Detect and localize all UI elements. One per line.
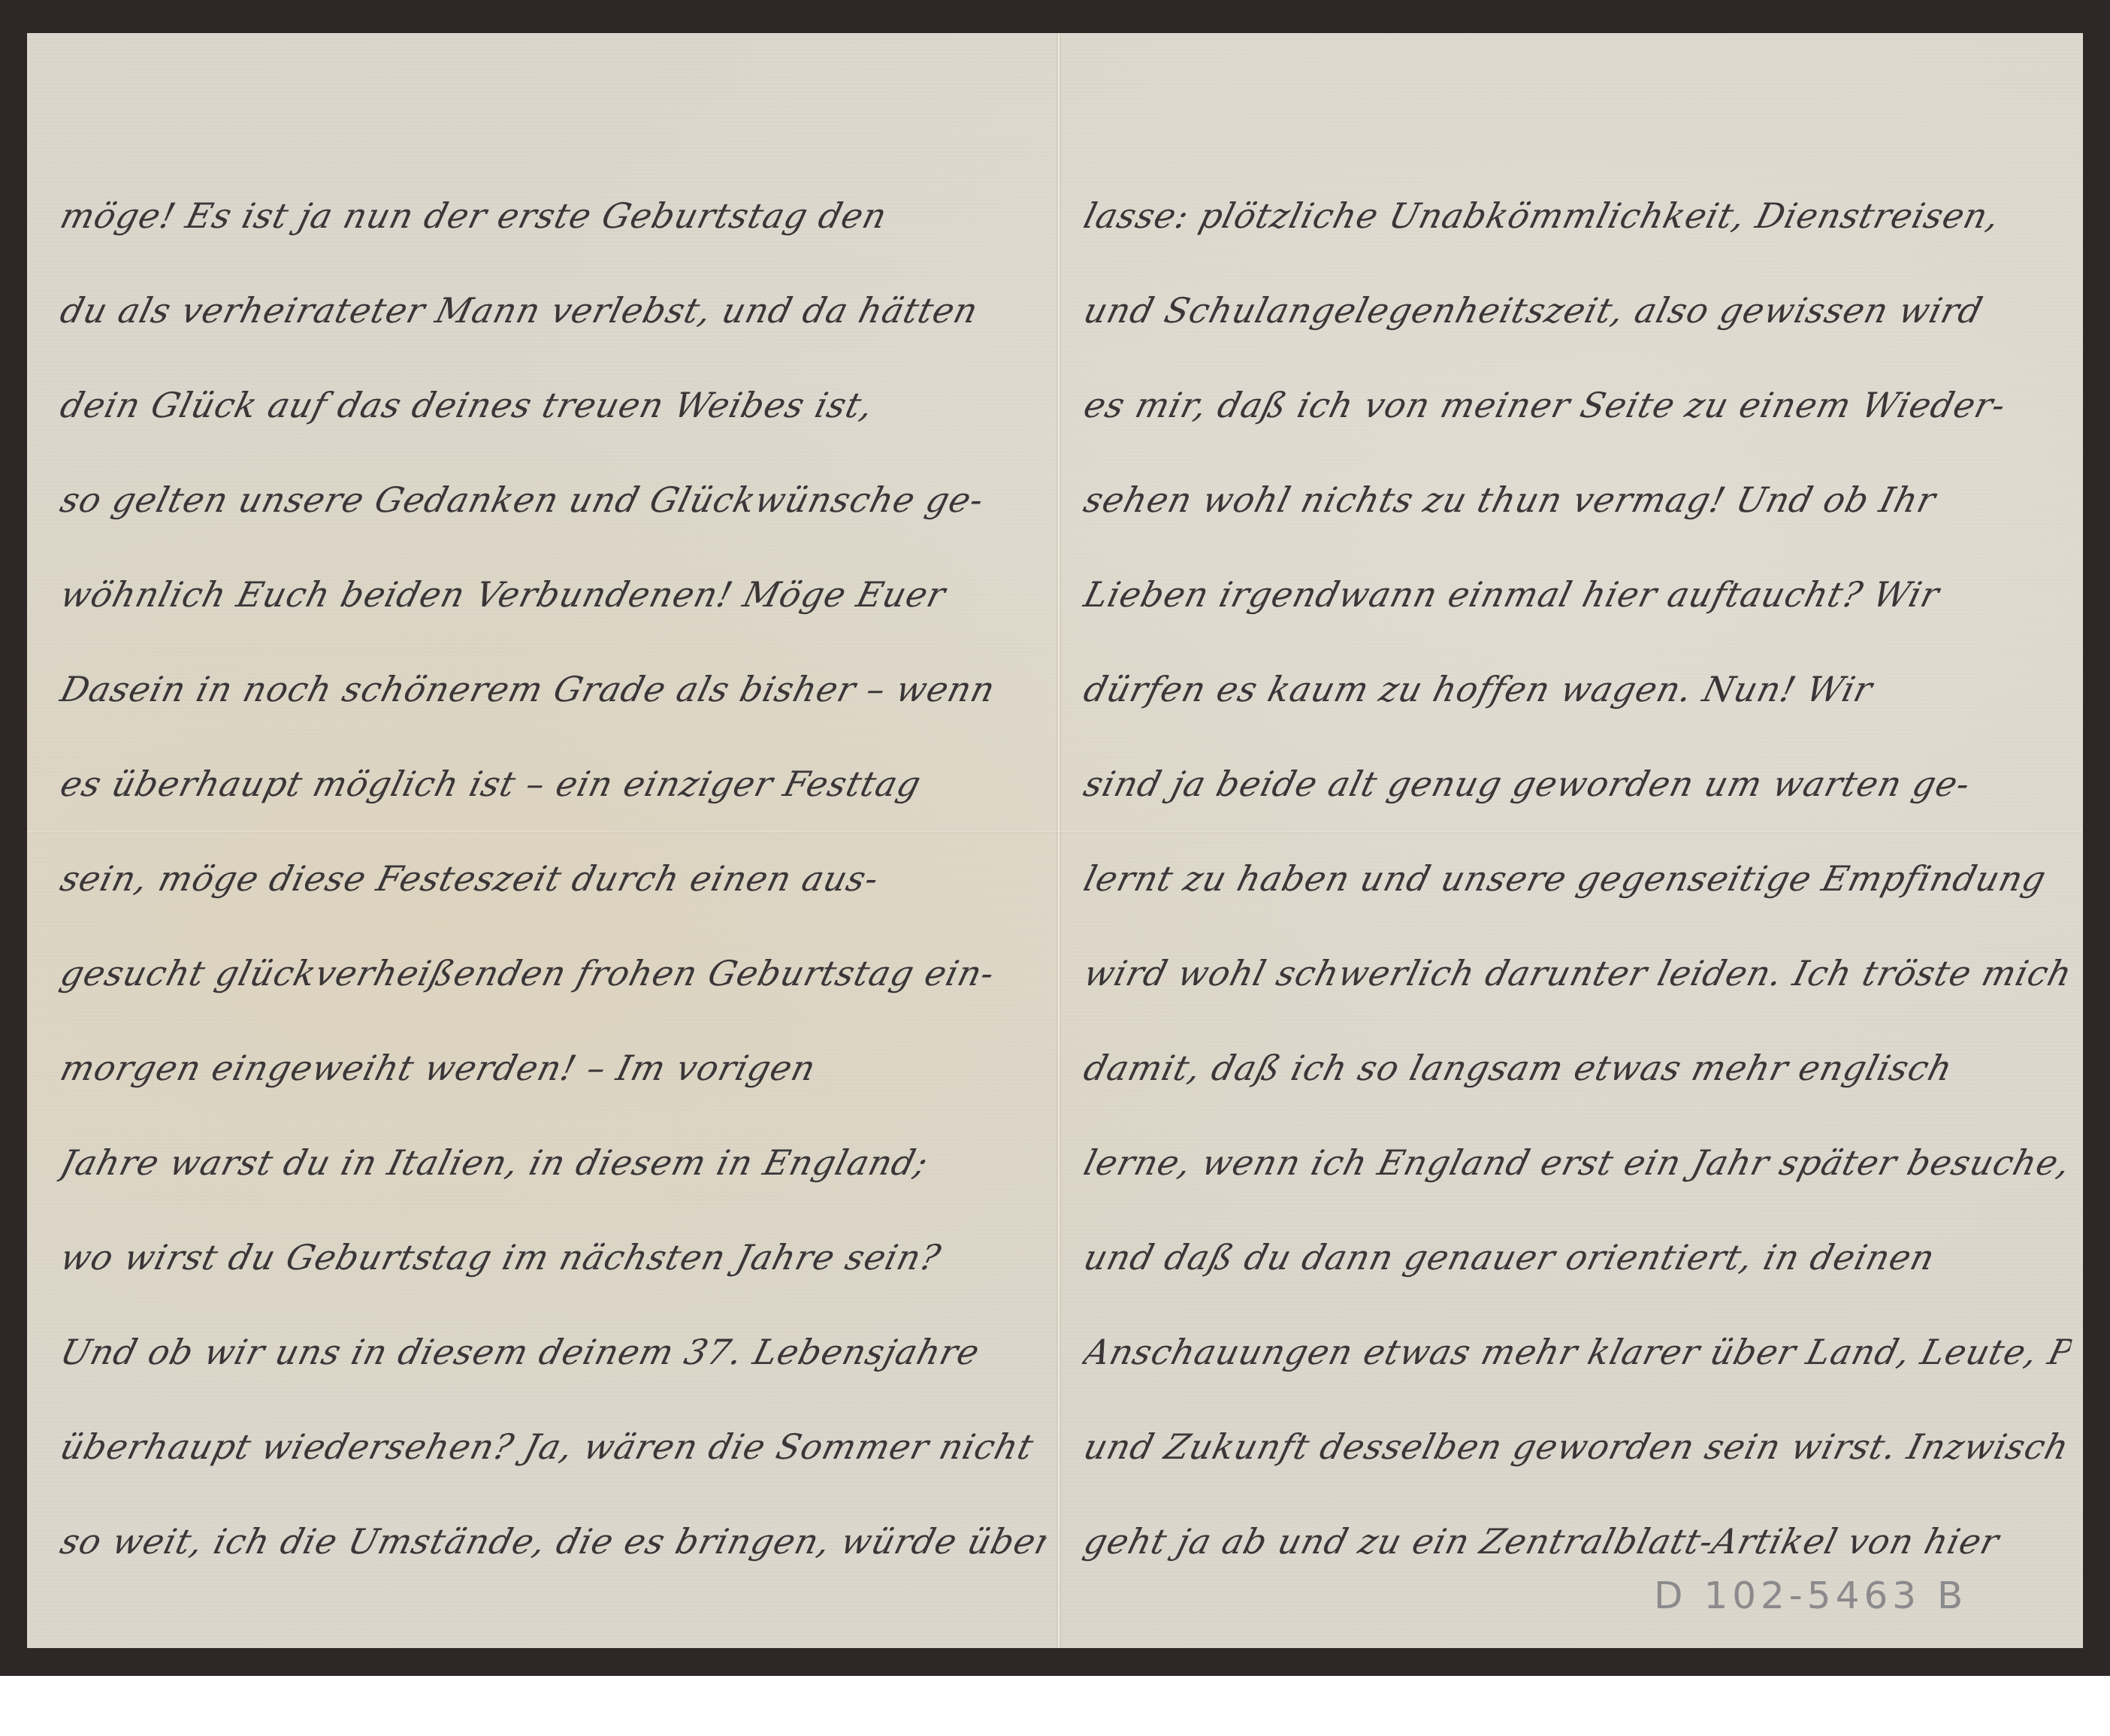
handwritten-line: lerne, wenn ich England erst ein Jahr sp… [1073,1115,2081,1210]
handwritten-line: du als verheirateter Mann verlebst, und … [50,263,1057,358]
handwritten-line: damit, daß ich so langsam etwas mehr eng… [1073,1021,2081,1115]
handwritten-line: und Schulangelegenheitszeit, also gewiss… [1073,263,2081,358]
handwritten-line: wird wohl schwerlich darunter leiden. Ic… [1073,926,2081,1021]
handwritten-line: und Zukunft desselben geworden sein wirs… [1073,1399,2081,1494]
handwritten-line: überhaupt wiedersehen? Ja, wären die Som… [50,1399,1057,1494]
handwritten-line: Dasein in noch schönerem Grade als bishe… [50,642,1057,736]
handwritten-line: wöhnlich Euch beiden Verbundenen! Möge E… [50,547,1057,642]
handwritten-line: lernt zu haben und unsere gegenseitige E… [1073,831,2081,926]
handwritten-line: Anschauungen etwas mehr klarer über Land… [1073,1305,2081,1399]
handwritten-line: möge! Es ist ja nun der erste Geburtstag… [50,168,1057,263]
handwritten-line: Jahre warst du in Italien, in diesem in … [50,1115,1057,1210]
handwritten-line: wo wirst du Geburtstag im nächsten Jahre… [50,1210,1057,1305]
right-page: lasse: plötzliche Unabkömmlichkeit, Dien… [1073,168,2057,1589]
handwritten-line: morgen eingeweiht werden! – Im vorigen [50,1021,1057,1115]
handwritten-line: so gelten unsere Gedanken und Glückwünsc… [50,452,1057,547]
handwritten-line: es überhaupt möglich ist – ein einziger … [50,736,1057,831]
handwritten-line: Und ob wir uns in diesem deinem 37. Lebe… [50,1305,1057,1399]
handwritten-line: sind ja beide alt genug geworden um wart… [1073,736,2081,831]
left-page: möge! Es ist ja nun der erste Geburtstag… [50,168,1034,1589]
handwritten-line: dürfen es kaum zu hoffen wagen. Nun! Wir [1073,642,2081,736]
handwritten-line: gesucht glückverheißenden frohen Geburts… [50,926,1057,1021]
handwritten-line: Lieben irgendwann einmal hier auftaucht?… [1073,547,2081,642]
letter-sheet: möge! Es ist ja nun der erste Geburtstag… [27,33,2083,1648]
center-fold [1057,33,1061,1648]
handwritten-line: so weit, ich die Umstände, die es bringe… [50,1494,1057,1589]
handwritten-line: sein, möge diese Festeszeit durch einen … [50,831,1057,926]
archive-signature-mark: D 102-5463 B [1654,1574,1967,1617]
handwritten-line: sehen wohl nichts zu thun vermag! Und ob… [1073,452,2081,547]
handwritten-line: und daß du dann genauer orientiert, in d… [1073,1210,2081,1305]
scan-background-border: möge! Es ist ja nun der erste Geburtstag… [0,0,2110,1676]
handwritten-line: lasse: plötzliche Unabkömmlichkeit, Dien… [1073,168,2081,263]
handwritten-line: es mir, daß ich von meiner Seite zu eine… [1073,358,2081,452]
handwritten-line: dein Glück auf das deines treuen Weibes … [50,358,1057,452]
